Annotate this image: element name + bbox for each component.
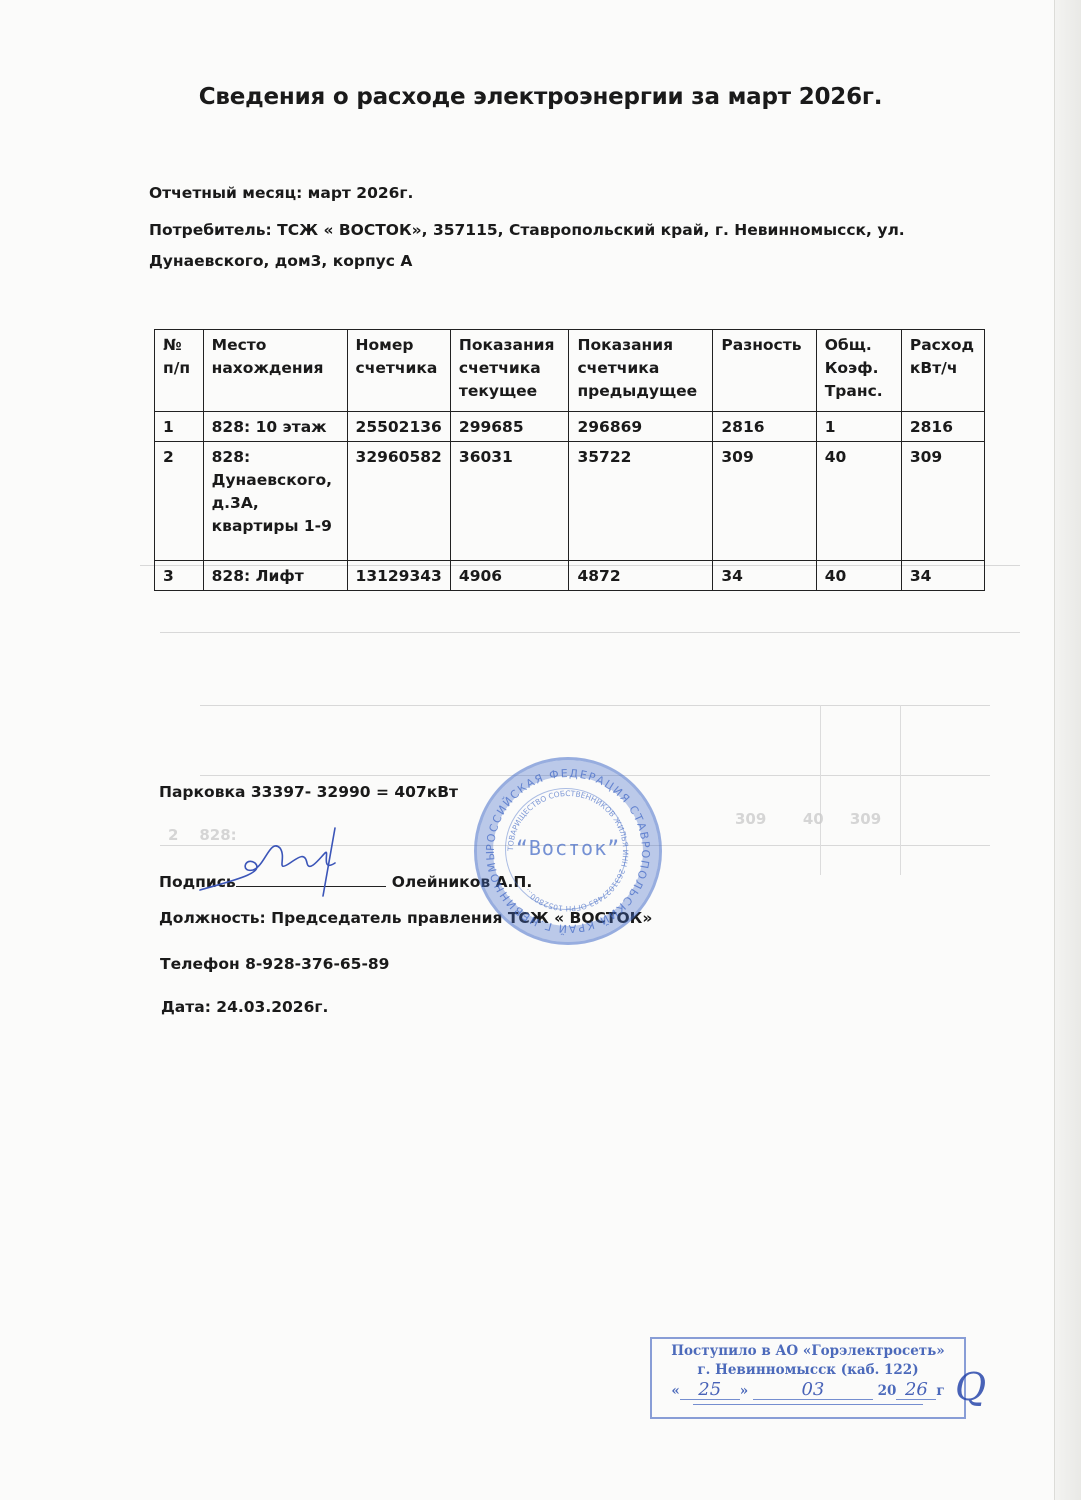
cell-location: 828: Лифт xyxy=(203,561,347,591)
receipt-year-suffix: 26 xyxy=(896,1380,936,1400)
receipt-year-unit: г xyxy=(936,1383,944,1399)
receipt-day: 25 xyxy=(680,1380,740,1400)
header-meter-number: Номер счетчика xyxy=(347,330,450,412)
phone-number: Телефон 8-928-376-65-89 xyxy=(160,955,389,973)
header-consumption: Расход кВт/ч xyxy=(901,330,984,412)
header-number: № п/п xyxy=(155,330,204,412)
table-row: 2 828: Дунаевского, д.3А, квартиры 1-9 3… xyxy=(155,442,985,561)
cell-meter-number: 25502136 xyxy=(347,412,450,442)
cell-current-reading: 299685 xyxy=(450,412,569,442)
document-title: Сведения о расходе электроэнергии за мар… xyxy=(0,84,1081,110)
receipt-year-prefix: 20 xyxy=(878,1383,897,1399)
table-row: 1 828: 10 этаж 25502136 299685 296869 28… xyxy=(155,412,985,442)
header-transform-coef: Общ. Коэф. Транс. xyxy=(816,330,901,412)
receipt-underline xyxy=(693,1404,923,1405)
ghost-line xyxy=(900,705,901,875)
table-row: 3 828: Лифт 13129343 4906 4872 34 40 34 xyxy=(155,561,985,591)
ghost-line xyxy=(820,705,821,875)
table-header-row: № п/п Место нахождения Номер счетчика По… xyxy=(155,330,985,412)
cell-transform-coef: 1 xyxy=(816,412,901,442)
consumer-info: Потребитель: ТСЖ « ВОСТОК», 357115, Став… xyxy=(149,215,949,277)
page-edge xyxy=(1054,0,1081,1500)
cell-consumption: 2816 xyxy=(901,412,984,442)
cell-previous-reading: 296869 xyxy=(569,412,713,442)
cell-transform-coef: 40 xyxy=(816,561,901,591)
cell-current-reading: 36031 xyxy=(450,442,569,561)
cell-number: 3 xyxy=(155,561,204,591)
header-location: Место нахождения xyxy=(203,330,347,412)
header-difference: Разность xyxy=(713,330,816,412)
document-date: Дата: 24.03.2026г. xyxy=(161,998,328,1016)
cell-transform-coef: 40 xyxy=(816,442,901,561)
receipt-date: «25» 03 2026г xyxy=(652,1380,964,1401)
cell-number: 1 xyxy=(155,412,204,442)
cell-difference: 2816 xyxy=(713,412,816,442)
header-current-reading: Показания счетчика текущее xyxy=(450,330,569,412)
cell-consumption: 309 xyxy=(901,442,984,561)
cell-meter-number: 13129343 xyxy=(347,561,450,591)
cell-meter-number: 32960582 xyxy=(347,442,450,561)
cell-previous-reading: 35722 xyxy=(569,442,713,561)
cell-difference: 34 xyxy=(713,561,816,591)
ghost-line xyxy=(200,705,990,706)
cell-consumption: 34 xyxy=(901,561,984,591)
receipt-month: 03 xyxy=(753,1380,873,1400)
seal-name: “Восток” xyxy=(477,836,659,860)
handwritten-initials: Q xyxy=(955,1365,986,1409)
cell-location: 828: Дунаевского, д.3А, квартиры 1-9 xyxy=(203,442,347,561)
ghost-line xyxy=(160,632,1020,633)
cell-current-reading: 4906 xyxy=(450,561,569,591)
parking-consumption: Парковка 33397- 32990 = 407кВт xyxy=(159,783,458,801)
handwritten-signature xyxy=(195,818,385,898)
cell-number: 2 xyxy=(155,442,204,561)
receipt-line2: г. Невинномысск (каб. 122) xyxy=(652,1361,964,1380)
report-month: Отчетный месяц: март 2026г. xyxy=(149,184,413,202)
meter-readings-table: № п/п Место нахождения Номер счетчика По… xyxy=(154,329,985,591)
ghost-text: 309 40 309 xyxy=(735,810,881,828)
cell-previous-reading: 4872 xyxy=(569,561,713,591)
organization-seal: РОССИЙСКАЯ ФЕДЕРАЦИЯ СТАВРОПОЛЬСКИЙ КРАЙ… xyxy=(474,757,662,945)
cell-difference: 309 xyxy=(713,442,816,561)
receipt-stamp: Поступило в АО «Горэлектросеть» г. Невин… xyxy=(650,1337,966,1419)
receipt-line1: Поступило в АО «Горэлектросеть» xyxy=(652,1342,964,1361)
cell-location: 828: 10 этаж xyxy=(203,412,347,442)
header-previous-reading: Показания счетчика предыдущее xyxy=(569,330,713,412)
